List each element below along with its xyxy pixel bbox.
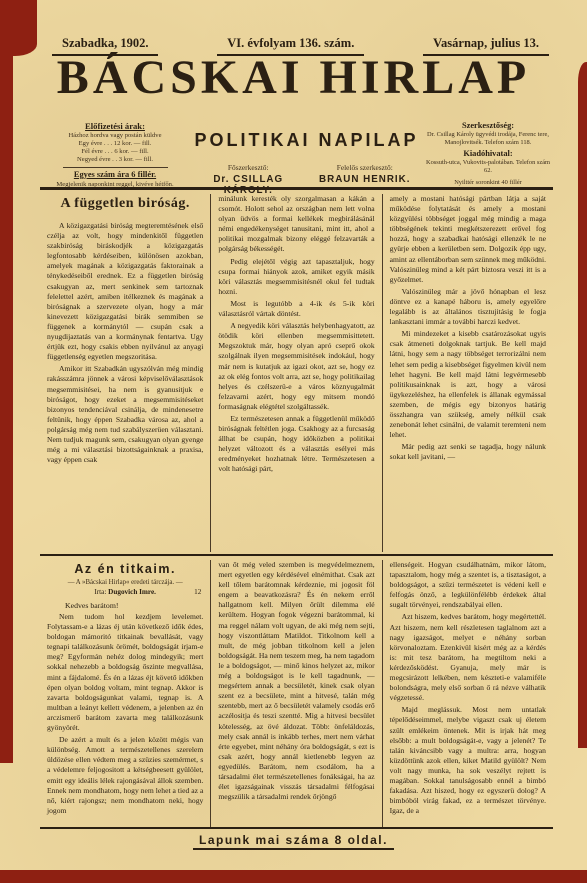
newspaper-page: Szabadka, 1902. VI. évfolyam 136. szám. … xyxy=(0,0,587,883)
page-size-notice: Lapunk mai száma 8 oldal. xyxy=(193,833,394,850)
photo-border-bottom xyxy=(0,870,587,883)
article-paragraph: Mi mindezeket a kisebb csatározásokat ug… xyxy=(390,329,546,440)
editors-block: Főszerkesztő: Dr. CSILLAG KÁROLY. Felelő… xyxy=(190,163,423,197)
subscription-block: Előfizetési árak: Házhoz hordva vagy pos… xyxy=(40,122,190,189)
article-paragraph: A negyedik köri választás helybenhagyato… xyxy=(218,321,374,412)
offices-block: Szerkesztőség: Dr. Csillag Károly ügyvéd… xyxy=(423,122,553,187)
lead-article-section: A független biróság. A közigazgatási bir… xyxy=(40,194,553,552)
publishing-office-title: Kiadóhivatal: xyxy=(423,150,553,158)
feuilleton-title: Az én titkaim. xyxy=(47,562,203,576)
article-column-3: amely a mostani hatósági pártban látja a… xyxy=(382,194,553,552)
article-paragraph: Valószinüleg már a jövő hónapban el lesz… xyxy=(390,287,546,327)
feuilleton-paragraph: Nem tudom hol kezdjem levelemet. Folytas… xyxy=(47,612,203,733)
feuilleton-byline: Irta: Dugovich Imre. 12 xyxy=(47,588,203,596)
feuilleton-section: Az én titkaim. — A »Bácskai Hirlap« ered… xyxy=(40,560,553,829)
feuilleton-paragraph: Majd meglássuk. Most nem untatlak tépelő… xyxy=(390,705,546,816)
feuilleton-byline-label: Irta: xyxy=(94,588,106,596)
responsible-editor-label: Felelős szerkesztő: xyxy=(309,163,421,172)
page-footer: Lapunk mai száma 8 oldal. xyxy=(0,831,587,850)
chief-editor-label: Főszerkesztő: xyxy=(192,163,304,172)
article-paragraph: Pedig elejétől végig azt tapasztaljuk, h… xyxy=(218,257,374,297)
feuilleton-column-3: ellenségeit. Hogyan csudálhatnám, mikor … xyxy=(382,560,553,827)
feuilleton-paragraph: van őt még veled szemben is megvédelmezn… xyxy=(218,560,374,802)
article-paragraph: Most is legutóbb a 4-ik és 5-ik köri vál… xyxy=(218,299,374,319)
article-paragraph: amely a mostani hatósági pártban látja a… xyxy=(390,194,546,285)
article-title: A független biróság. xyxy=(47,196,203,212)
feuilleton-paragraph: Azt hiszem, kedves barátom, hogy megérte… xyxy=(390,612,546,703)
masthead-rule xyxy=(40,187,553,190)
chief-editor-block: Főszerkesztő: Dr. CSILLAG KÁROLY. xyxy=(192,163,304,197)
paper-subtitle: POLITIKAI NAPILAP xyxy=(190,130,423,151)
editorial-office-title: Szerkesztőség: xyxy=(423,122,553,130)
photo-border-right xyxy=(578,62,587,748)
info-bar: Előfizetési árak: Házhoz hordva vagy pos… xyxy=(40,122,553,197)
open-column-rate: Nyilttér soronkint 40 fillér xyxy=(423,179,553,187)
article-paragraph: Amikor itt Szabadkán ugyszólván még mind… xyxy=(47,364,203,465)
subscription-price-quarter: Negyed évre . . 3 kor. — fill. xyxy=(40,156,190,164)
single-copy-price: Egyes szám ára 6 fillér. xyxy=(40,171,190,179)
section-divider-rule xyxy=(40,554,553,556)
article-paragraph: Már pedig azt senki se tagadja, hogy nál… xyxy=(390,442,546,462)
title-block: POLITIKAI NAPILAP Főszerkesztő: Dr. CSIL… xyxy=(190,122,423,197)
article-column-1: A független biróság. A közigazgatási bir… xyxy=(40,194,210,552)
responsible-editor-name: BRAUN HENRIK. xyxy=(309,174,421,186)
feuilleton-installment-number: 12 xyxy=(194,588,201,596)
article-paragraph: A közigazgatási biróság megteremtésének … xyxy=(47,221,203,362)
subscription-delivery-note: Házhoz hordva vagy postán küldve xyxy=(40,132,190,140)
feuilleton-author: Dugovich Imre. xyxy=(108,588,156,596)
feuilleton-column-1: Az én titkaim. — A »Bácskai Hirlap« ered… xyxy=(40,560,210,827)
article-paragraph: Ez természetesen annak a függetlenül műk… xyxy=(218,414,374,475)
feuilleton-paragraph: ellenségeit. Hogyan csudálhatnám, mikor … xyxy=(390,560,546,610)
article-paragraph: minálunk keresték oly szorgalmasan a kák… xyxy=(218,194,374,255)
article-column-2: minálunk keresték oly szorgalmasan a kák… xyxy=(210,194,381,552)
feuilleton-paragraph: De azért a mult és a jelen között mégis … xyxy=(47,735,203,816)
editorial-office-address: Dr. Csillag Károly ügyvédi irodája, Fere… xyxy=(423,131,553,147)
responsible-editor-block: Felelős szerkesztő: BRAUN HENRIK. xyxy=(309,163,421,197)
horizontal-rule xyxy=(63,167,168,168)
feuilleton-column-2: van őt még veled szemben is megvédelmezn… xyxy=(210,560,381,827)
subscription-price-year: Egy évre . . . 12 kor. — fill. xyxy=(40,140,190,148)
publishing-office-address: Kossuth-utca, Vukovits-palotában. Telefo… xyxy=(423,159,553,175)
photo-border-top-left xyxy=(0,0,37,56)
masthead-title: BÁCSKAI HIRLAP xyxy=(0,54,587,102)
subscription-title: Előfizetési árak: xyxy=(40,122,190,130)
feuilleton-subtitle: — A »Bácskai Hirlap« eredeti tárczája. — xyxy=(47,579,203,586)
feuilleton-salutation: Kedves barátom! xyxy=(47,601,203,610)
subscription-price-half: Fél évre . . . 6 kor. — fill. xyxy=(40,148,190,156)
photo-border-left xyxy=(0,0,13,763)
